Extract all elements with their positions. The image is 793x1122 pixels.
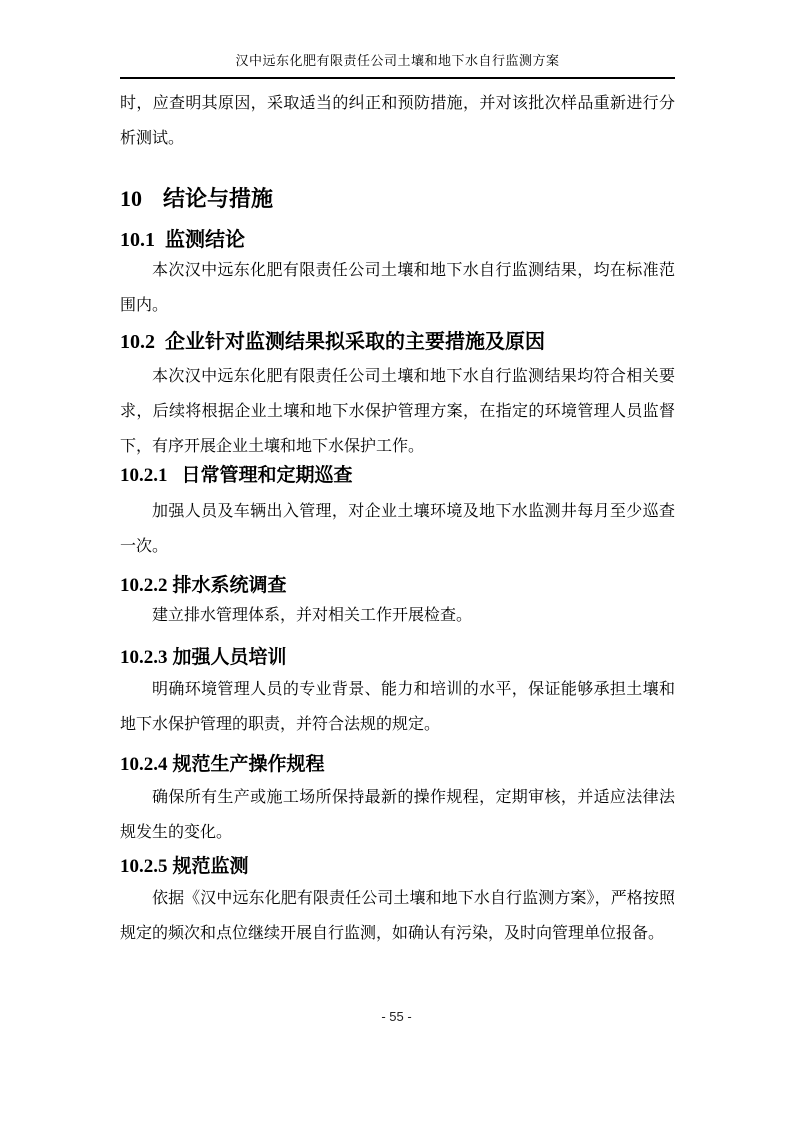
heading-10-2-1: 10.2.1日常管理和定期巡查 (120, 463, 675, 489)
paragraph-10-2-2: 建立排水管理体系，并对相关工作开展检查。 (120, 598, 675, 633)
heading-10-2-5-title: 规范监测 (173, 856, 249, 877)
paragraph-10-2: 本次汉中远东化肥有限责任公司土壤和地下水自行监测结果均符合相关要求，后续将根据企… (120, 359, 675, 464)
page-number: - 55 - (0, 1008, 793, 1026)
paragraph-10-2-4: 确保所有生产或施工场所保持最新的操作规程，定期审核，并适应法律法规发生的变化。 (120, 780, 675, 850)
heading-10-2-title: 企业针对监测结果拟采取的主要措施及原因 (165, 331, 545, 353)
heading-10-2-3-number: 10.2.3 (120, 647, 168, 668)
heading-10-2-5: 10.2.5规范监测 (120, 854, 675, 880)
paragraph-10-2-1: 加强人员及车辆出入管理，对企业土壤环境及地下水监测井每月至少巡查一次。 (120, 494, 675, 564)
heading-10-2-4: 10.2.4规范生产操作规程 (120, 752, 675, 778)
heading-10-2-2-title: 排水系统调查 (173, 575, 287, 596)
paragraph-continuation: 时，应查明其原因，采取适当的纠正和预防措施，并对该批次样品重新进行分析测试。 (120, 86, 675, 156)
heading-10-number: 10 (120, 186, 142, 211)
heading-10-title: 结论与措施 (163, 186, 273, 211)
paragraph-10-2-5: 依据《汉中远东化肥有限责任公司土壤和地下水自行监测方案》，严格按照规定的频次和点… (120, 881, 675, 951)
heading-10: 10结论与措施 (120, 183, 675, 215)
heading-10-2-3: 10.2.3加强人员培训 (120, 645, 675, 671)
heading-10-1-title: 监测结论 (165, 229, 245, 251)
paragraph-10-2-3: 明确环境管理人员的专业背景、能力和培训的水平，保证能够承担土壤和地下水保护管理的… (120, 672, 675, 742)
document-page: 汉中远东化肥有限责任公司土壤和地下水自行监测方案 时，应查明其原因，采取适当的纠… (0, 0, 793, 1122)
heading-10-2-4-title: 规范生产操作规程 (173, 754, 325, 775)
heading-10-2-4-number: 10.2.4 (120, 754, 168, 775)
page-header: 汉中远东化肥有限责任公司土壤和地下水自行监测方案 (120, 53, 675, 79)
heading-10-1: 10.1监测结论 (120, 225, 675, 255)
paragraph-10-1: 本次汉中远东化肥有限责任公司土壤和地下水自行监测结果，均在标准范围内。 (120, 253, 675, 323)
heading-10-2-2-number: 10.2.2 (120, 575, 168, 596)
heading-10-2-1-number: 10.2.1 (120, 465, 168, 486)
heading-10-2: 10.2企业针对监测结果拟采取的主要措施及原因 (120, 327, 675, 357)
heading-10-2-3-title: 加强人员培训 (173, 647, 287, 668)
header-title: 汉中远东化肥有限责任公司土壤和地下水自行监测方案 (235, 53, 559, 68)
heading-10-2-5-number: 10.2.5 (120, 856, 168, 877)
heading-10-2-number: 10.2 (120, 331, 155, 353)
heading-10-2-1-title: 日常管理和定期巡查 (182, 465, 353, 486)
heading-10-1-number: 10.1 (120, 229, 155, 251)
heading-10-2-2: 10.2.2排水系统调查 (120, 573, 675, 599)
